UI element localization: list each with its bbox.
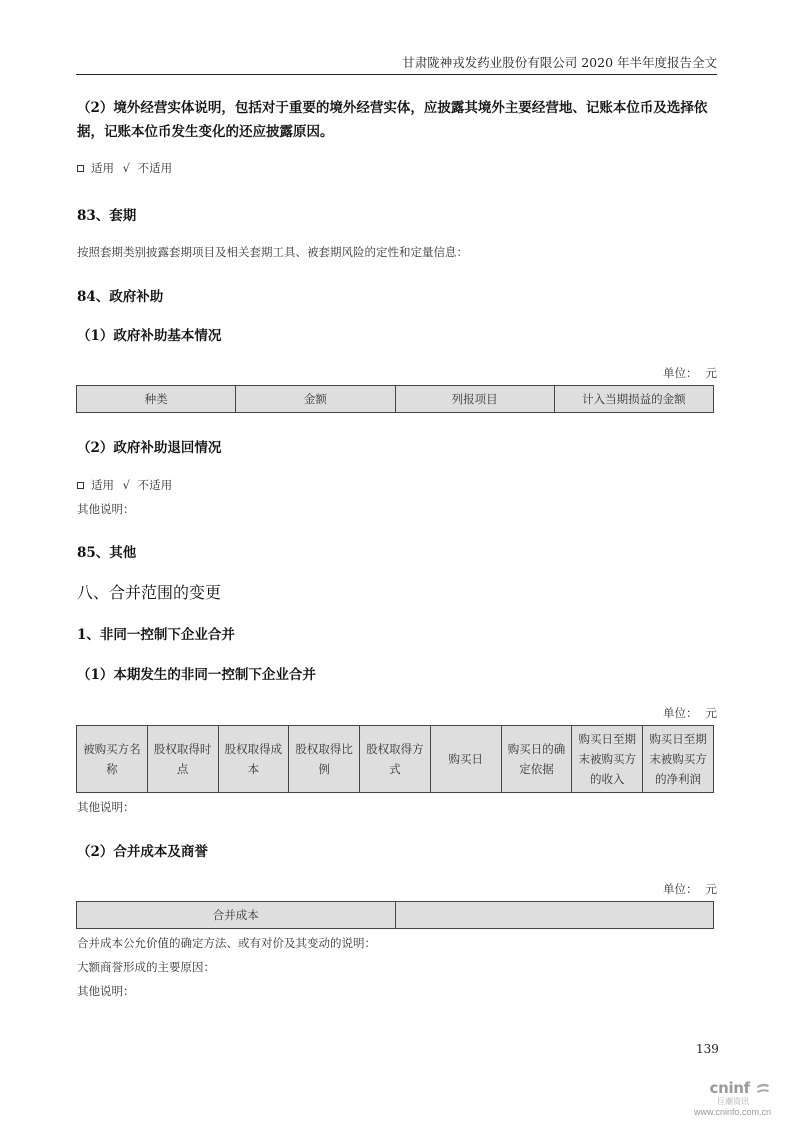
- column-header: 股权取得比例: [289, 726, 360, 793]
- column-header: 股权取得时点: [147, 726, 218, 793]
- chapter-8-heading: 八、合并范围的变更: [77, 580, 221, 603]
- page-number: 139: [696, 1042, 719, 1056]
- applicability-line-2: 适用 √ 不适用: [77, 477, 172, 493]
- table-header-row: 被购买方名称 股权取得时点 股权取得成本 股权取得比例 股权取得方式 购买日 购…: [77, 726, 714, 793]
- section-84-heading: 84、政府补助: [77, 285, 163, 305]
- column-header: 金额: [236, 386, 395, 413]
- gov-subsidy-table: 种类 金额 列报项目 计入当期损益的金额: [76, 385, 714, 413]
- combination-cost-table: 合并成本: [76, 901, 714, 929]
- goodwill-reason-note: 大额商誉形成的主要原因：: [77, 959, 215, 975]
- unit-label-text: 单位：: [663, 706, 698, 720]
- column-header: 计入当期损益的金额: [554, 386, 713, 413]
- column-header: [395, 902, 714, 929]
- unit-label-text: 单位：: [663, 366, 698, 380]
- logo-swirl-icon: [755, 1082, 771, 1096]
- column-header: 购买日至期末被购买方的净利润: [643, 726, 714, 793]
- column-header: 购买日至期末被购买方的收入: [572, 726, 643, 793]
- chapter-8-1-2-heading: （2）合并成本及商誉: [77, 840, 208, 860]
- business-combination-table: 被购买方名称 股权取得时点 股权取得成本 股权取得比例 股权取得方式 购买日 购…: [76, 725, 714, 793]
- column-header: 被购买方名称: [77, 726, 148, 793]
- header-title: 甘肃陇神戎发药业股份有限公司 2020 年半年度报告全文: [402, 55, 717, 70]
- column-header: 种类: [77, 386, 236, 413]
- unit-label-1: 单位：元: [663, 365, 717, 381]
- logo-text: cninf: [709, 1079, 749, 1097]
- option-applicable: 适用: [91, 161, 114, 175]
- column-header: 股权取得成本: [218, 726, 289, 793]
- chapter-8-1-heading: 1、非同一控制下企业合并: [77, 623, 235, 643]
- option-applicable: 适用: [91, 478, 114, 492]
- column-header: 列报项目: [395, 386, 554, 413]
- column-header: 合并成本: [77, 902, 396, 929]
- section-82-2-heading: （2）境外经营实体说明，包括对于重要的境外经营实体，应披露其境外主要经营地、记账…: [77, 96, 717, 144]
- column-header: 股权取得方式: [360, 726, 431, 793]
- logo-url: www.cninfo.com.cn: [694, 1107, 771, 1118]
- unchecked-box-icon: [77, 165, 84, 172]
- applicability-line-1: 适用 √ 不适用: [77, 160, 172, 176]
- check-mark-icon: √: [123, 478, 130, 492]
- chapter-8-1-1-heading: （1）本期发生的非同一控制下企业合并: [77, 663, 316, 683]
- fair-value-note: 合并成本公允价值的确定方法、或有对价及其变动的说明：: [77, 935, 376, 951]
- option-not-applicable: 不适用: [138, 478, 173, 492]
- option-not-applicable: 不适用: [138, 161, 173, 175]
- unit-value: 元: [706, 366, 718, 380]
- column-header: 购买日: [430, 726, 501, 793]
- unchecked-box-icon: [77, 482, 84, 489]
- table-header-row: 种类 金额 列报项目 计入当期损益的金额: [77, 386, 714, 413]
- check-mark-icon: √: [123, 161, 130, 175]
- cninfo-logo: cninf 巨潮资讯 www.cninfo.com.cn: [694, 1078, 771, 1118]
- logo-subtitle: 巨潮资讯: [694, 1097, 749, 1107]
- unit-value: 元: [706, 882, 718, 896]
- section-85-heading: 85、其他: [77, 541, 136, 561]
- page-header: 甘肃陇神戎发药业股份有限公司 2020 年半年度报告全文: [76, 54, 717, 75]
- section-84-1-heading: （1）政府补助基本情况: [77, 324, 221, 344]
- unit-value: 元: [706, 706, 718, 720]
- other-note-2: 其他说明：: [77, 799, 135, 815]
- other-note-1: 其他说明：: [77, 501, 135, 517]
- section-83-heading: 83、套期: [77, 204, 136, 224]
- section-83-text: 按照套期类别披露套期项目及相关套期工具、被套期风险的定性和定量信息：: [77, 244, 468, 260]
- unit-label-3: 单位：元: [663, 881, 717, 897]
- unit-label-text: 单位：: [663, 882, 698, 896]
- section-84-2-heading: （2）政府补助退回情况: [77, 436, 221, 456]
- other-note-3: 其他说明：: [77, 983, 135, 999]
- column-header: 购买日的确定依据: [501, 726, 572, 793]
- table-header-row: 合并成本: [77, 902, 714, 929]
- unit-label-2: 单位：元: [663, 705, 717, 721]
